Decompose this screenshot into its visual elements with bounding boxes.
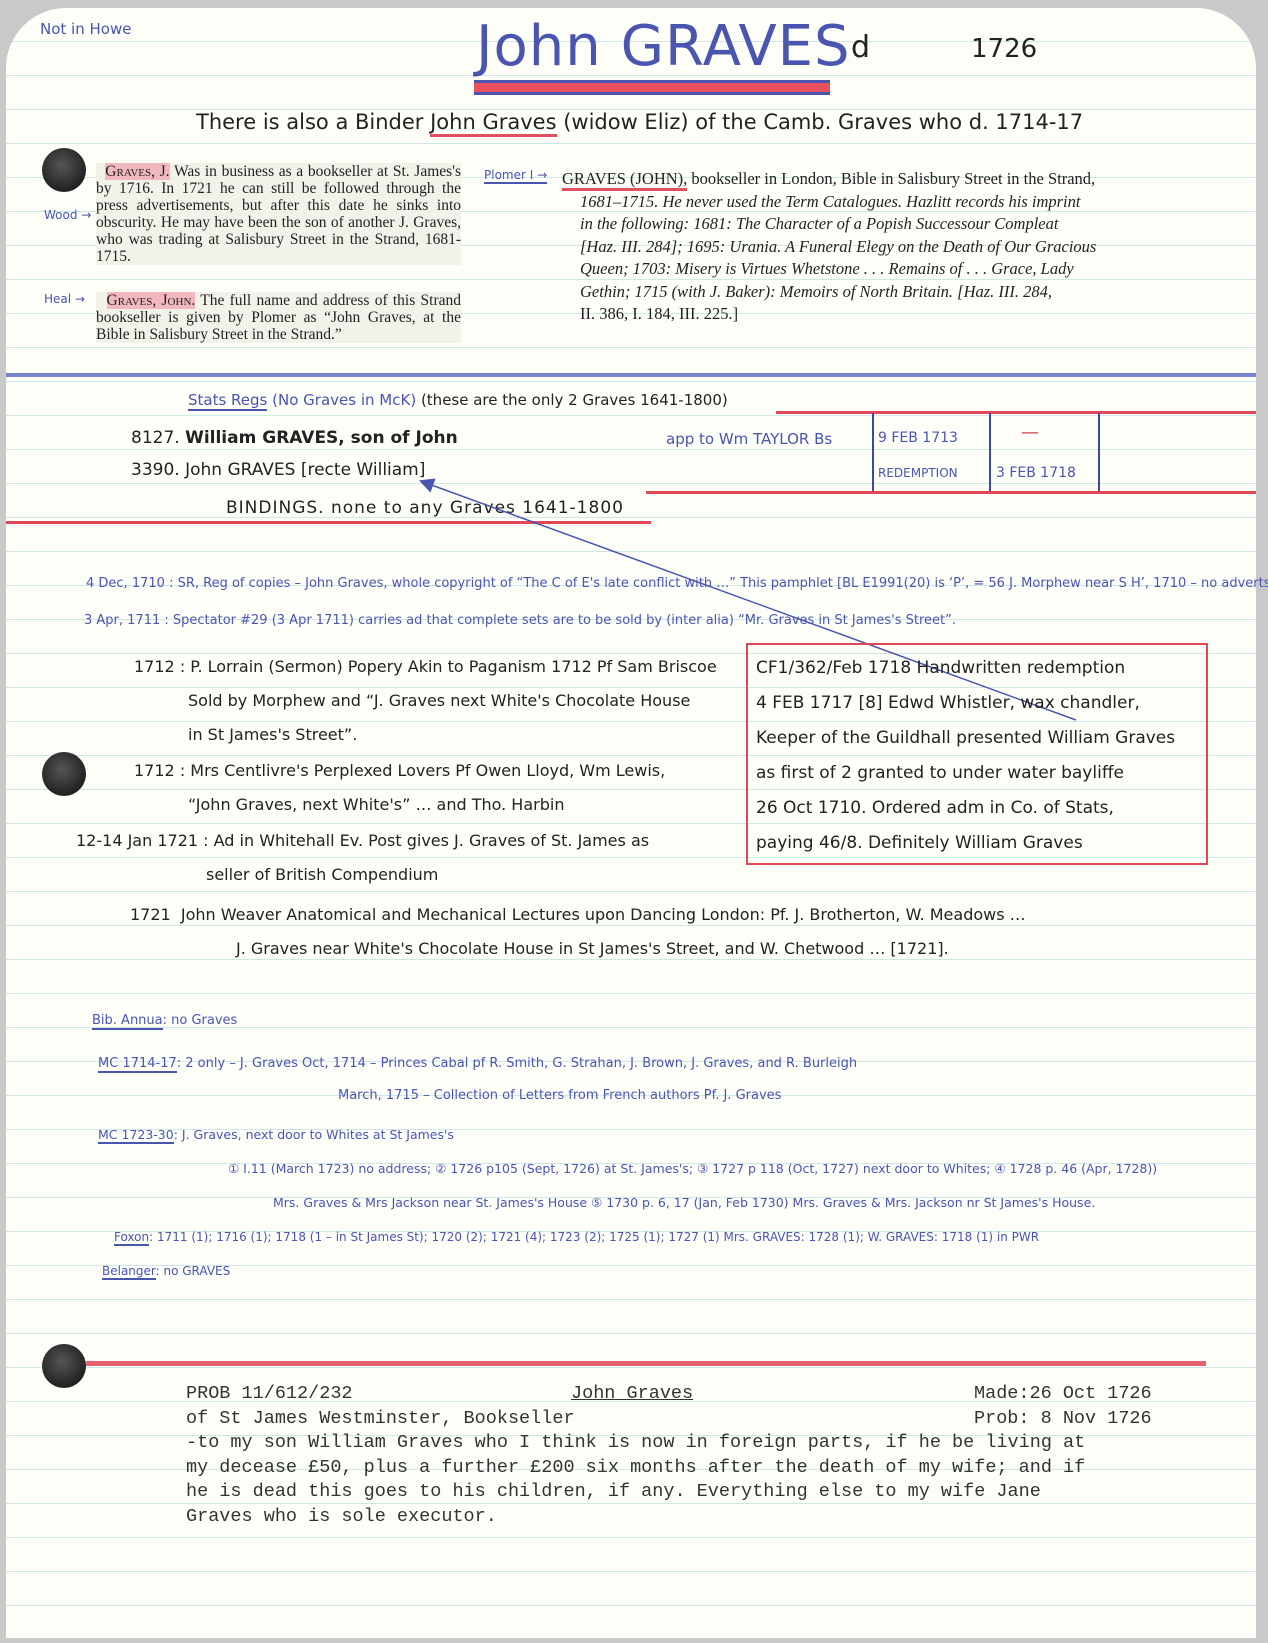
note-row: 12-14 Jan 1721 : Ad in Whitehall Ev. Pos…	[76, 824, 649, 892]
punch-hole	[42, 1344, 86, 1388]
index-card: Not in Howe John GRAVES d 1726 There is …	[6, 8, 1256, 1638]
will-prob: Prob: 8 Nov 1726	[974, 1407, 1152, 1432]
source-row: MC 1714-17: 2 only – J. Graves Oct, 1714…	[98, 1048, 857, 1112]
source-row: MC 1723-30: J. Graves, next door to Whit…	[98, 1118, 1157, 1220]
source-row: Belanger: no GRAVES	[102, 1264, 230, 1278]
will-transcript: PROB 11/612/232 John Graves Made:26 Oct …	[186, 1382, 1176, 1529]
will-made: Made:26 Oct 1726	[974, 1382, 1152, 1407]
note-row: 1721 John Weaver Anatomical and Mechanic…	[130, 898, 1026, 966]
source-row: Foxon: 1711 (1); 1716 (1); 1718 (1 – in …	[114, 1230, 1039, 1244]
source-row: Bib. Annua: no Graves	[92, 1013, 237, 1028]
note-row: 1712 : Mrs Centlivre's Perplexed Lovers …	[134, 754, 665, 822]
redemption-box: CF1/362/Feb 1718 Handwritten redemption …	[746, 643, 1208, 865]
will-name: John Graves	[571, 1382, 693, 1407]
note-row: 3 Apr, 1711 : Spectator #29 (3 Apr 1711)…	[84, 613, 956, 628]
note-row: 4 Dec, 1710 : SR, Reg of copies – John G…	[86, 576, 1268, 591]
will-divider	[86, 1361, 1206, 1366]
note-row: 1712 : P. Lorrain (Sermon) Popery Akin t…	[134, 650, 717, 752]
will-ref: PROB 11/612/232	[186, 1383, 353, 1404]
